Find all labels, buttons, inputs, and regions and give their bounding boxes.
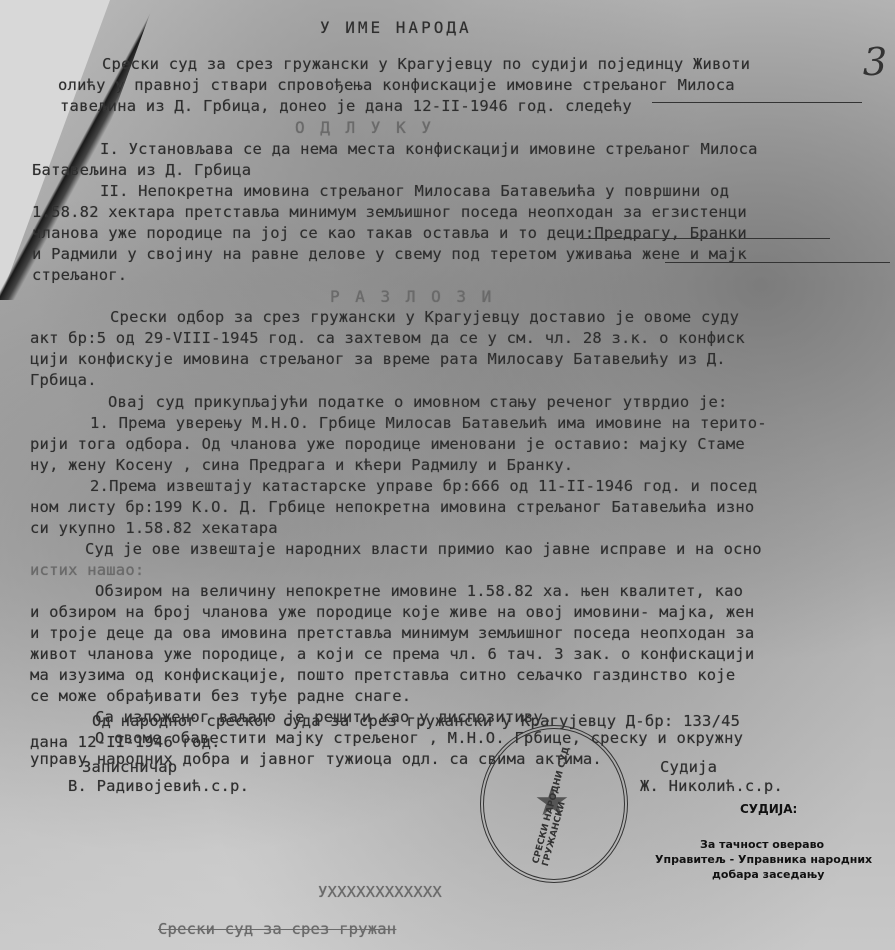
- reasons-line: се може обрађивати без туђе радне снаге.: [30, 687, 411, 705]
- reasons-line: си укупно 1.58.82 хекатара: [30, 519, 278, 537]
- judge-name: Ж. Николић.с.р.: [640, 777, 783, 795]
- reasons-line: и троје деце да ова имовина претставља м…: [30, 624, 754, 642]
- closing-line: Од народног среског суда за срез гружанс…: [92, 712, 740, 730]
- reasons-line: цији конфискује имовина стрељаног за вре…: [30, 350, 726, 368]
- intro-line: Срески суд за срез гружански у Крагујевц…: [102, 55, 750, 73]
- underline: [580, 238, 830, 239]
- crossed-out-line: Срески суд за срез гружан: [158, 920, 396, 938]
- reasons-line: истих нашао:: [30, 561, 144, 579]
- certification-line: За тачност овераво: [700, 838, 824, 851]
- document-heading: У ИМЕ НАРОДА: [320, 18, 472, 37]
- underline: [652, 102, 862, 103]
- decision-line: II. Непокретна имовина стрељаног Милосав…: [100, 182, 729, 200]
- decision-line: чланова уже породице па јој се као такав…: [32, 224, 747, 242]
- court-seal: ★ СРЕСКИ НАРОДНИ СУД ГРУЖАНСКИ: [480, 725, 628, 883]
- intro-line: тавељина из Д. Грбица, донео је дана 12-…: [60, 97, 632, 115]
- decision-line: и Радмили у својину на равне делове у св…: [32, 245, 747, 263]
- closing-line: дана 12-II-1946 год.: [30, 733, 221, 751]
- reasons-line: живот чланова уже породице, а који се пр…: [30, 645, 754, 663]
- reasons-line: 1. Према уверењу М.Н.О. Грбице Милосав Б…: [90, 414, 767, 432]
- decision-line: I. Установљава се да нема места конфиска…: [100, 140, 758, 158]
- certification-line: добара заседању: [712, 868, 824, 881]
- intro-line: олићу у правној ствари спровођења конфис…: [58, 76, 735, 94]
- reasons-line: Овај суд прикупљајући податке о имовном …: [108, 393, 728, 411]
- clerk-title: Записничар: [82, 758, 177, 776]
- reasons-heading: Р А З Л О З И: [330, 287, 494, 306]
- reasons-line: ма изузима од конфискације, пошто претст…: [30, 666, 735, 684]
- decision-line: Батавељина из Д. Грбица: [32, 161, 251, 179]
- crossed-out-line: УXXXXXXXXXXXX: [318, 883, 442, 901]
- decision-line: стрељаног.: [32, 266, 127, 284]
- reasons-line: 2.Према извештају катастарске управе бр:…: [90, 477, 757, 495]
- reasons-line: ном листу бр:199 К.О. Д. Грбице непокрет…: [30, 498, 754, 516]
- reasons-line: Суд је ове извештаје народних власти при…: [85, 540, 762, 558]
- certification-line: Управитељ - Управника народних: [655, 853, 872, 866]
- underline: [665, 262, 890, 263]
- decision-line: 1.58.82 хектара претставља минимум земљи…: [32, 203, 747, 221]
- reasons-line: Обзиром на величину непокретне имовине 1…: [95, 582, 743, 600]
- certification-title: СУДИЈА:: [740, 802, 797, 816]
- reasons-line: акт бр:5 од 29-VIII-1945 год. са захтево…: [30, 329, 745, 347]
- page-number: 3: [863, 40, 887, 84]
- reasons-line: Срески одбор за срез гружански у Крагује…: [110, 308, 739, 326]
- judge-title: Судија: [660, 758, 717, 776]
- clerk-name: В. Радивојевић.с.р.: [68, 777, 249, 795]
- reasons-line: и обзиром на број чланова уже породице к…: [30, 603, 754, 621]
- decision-heading: О Д Л У К У: [295, 118, 434, 137]
- reasons-line: ну, жену Косену , сина Предрага и кћери …: [30, 456, 573, 474]
- reasons-line: Грбица.: [30, 371, 97, 389]
- reasons-line: рији тога одбора. Од чланова уже породиц…: [30, 435, 745, 453]
